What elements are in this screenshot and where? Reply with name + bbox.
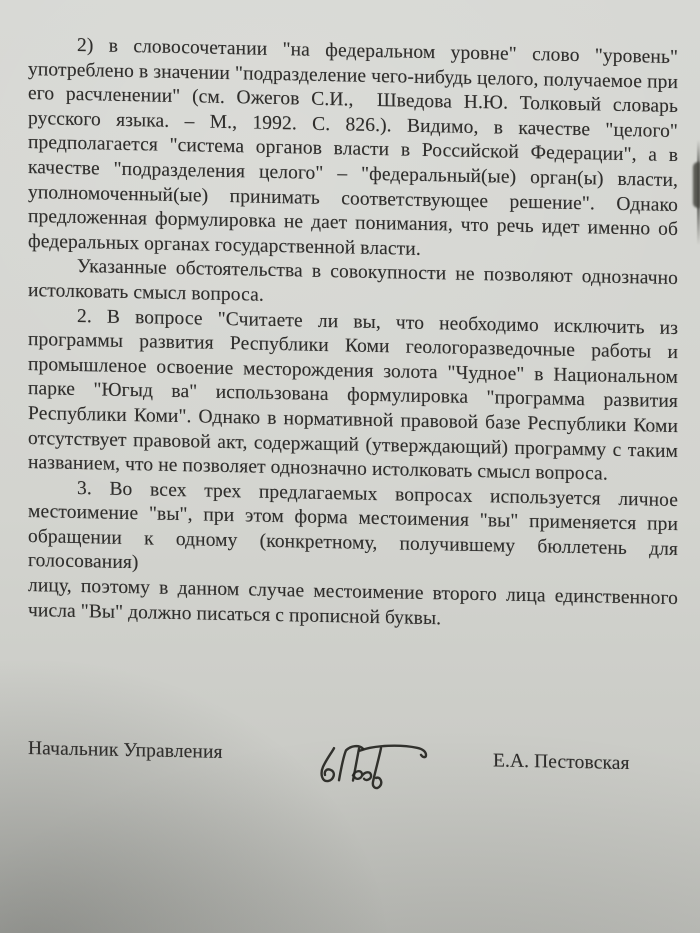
signature-row: Начальник Управления Е.А. Пестовская [28, 736, 678, 839]
signer-position-title: Начальник Управления [28, 738, 223, 764]
handwritten-signature-icon [313, 738, 433, 802]
document-text-block: 2) в словосочетании "на федеральном уров… [28, 33, 678, 906]
document-page: 2) в словосочетании "на федеральном уров… [0, 0, 700, 933]
signer-name: Е.А. Пестовская [493, 750, 630, 775]
photo-edge-artifact [693, 162, 700, 208]
document-body: 2) в словосочетании "на федеральном уров… [28, 33, 678, 636]
